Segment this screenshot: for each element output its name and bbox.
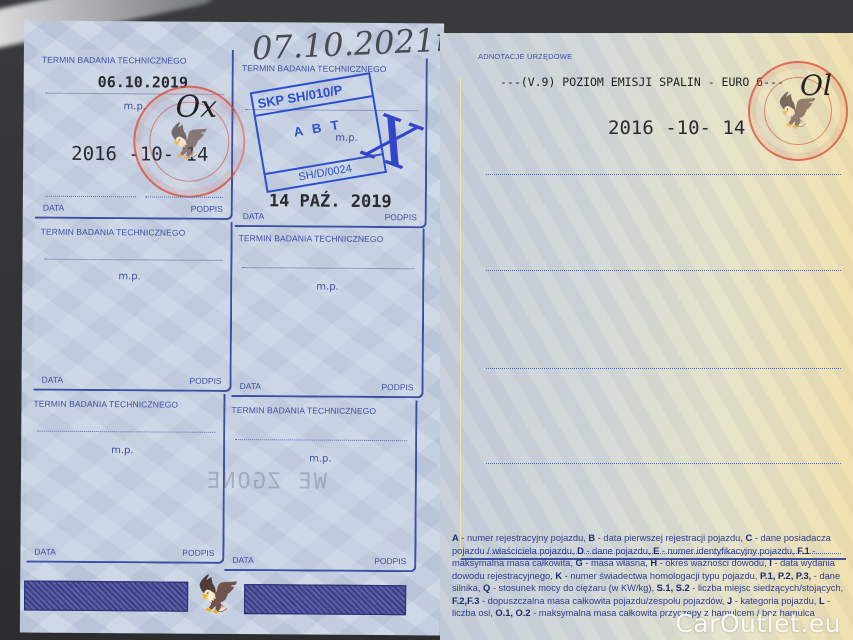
security-ribbon-right [244,584,406,615]
legend-description: - okres ważności dowodu, [657,558,769,568]
box-title: TERMIN BADANIA TECHNICZNEGO [41,227,186,238]
podpis-label: PODPIS [182,548,214,558]
red-official-seal: 🦅 [748,61,848,161]
left-page: TERMIN BADANIA TECHNICZNEGO 06.10.2019 m… [20,21,444,636]
inspection-station-stamp: SKP SH/010/P A B T SH/D/0024 [250,72,387,193]
legend-key: G [575,558,582,568]
box-title: TERMIN BADANIA TECHNICZNEGO [231,405,376,416]
podpis-label: PODPIS [381,382,413,392]
emission-annotation: ---(V.9) POZIOM EMISJI SPALIN - EURO 6--… [500,75,784,89]
polish-eagle-emblem-icon: 🦅 [196,574,241,616]
dotted-line [235,439,407,441]
dotted-line [486,174,841,175]
inspection-box-5: TERMIN BADANIA TECHNICZNEGO m.p. DATA PO… [26,393,225,564]
data-label: DATA [34,547,55,557]
inspection-box-6: TERMIN BADANIA TECHNICZNEGO m.p. WE ZGON… [224,399,417,572]
legend-key: F.1 [797,546,809,556]
field-legend: A - numer rejestracyjny pojazdu, B - dat… [452,532,848,620]
legend-description: - numer identyfikacyjny pojazdu, [659,546,797,556]
box-title: TERMIN BADANIA TECHNICZNEGO [42,55,187,66]
watermark: CarOutlet.eu [675,609,841,638]
dotted-line [486,368,841,369]
mp-label: m.p. [111,445,134,456]
data-label: DATA [42,375,63,385]
annotations-title: ADNOTACJE URZĘDOWE [478,52,572,61]
legend-key: S.1, S.2 [657,583,690,593]
legend-description: - numer świadectwa homologacji typu poja… [562,571,760,581]
dotted-line [486,463,841,464]
legend-description: - kategoria pojazdu, [732,596,819,606]
data-label: DATA [43,203,64,213]
dotted-line [37,431,215,433]
legend-key: P.1, P.2, P.3, [760,571,811,581]
legend-description: - masa własna, [583,558,651,568]
podpis-label: PODPIS [385,212,417,222]
podpis-label: PODPIS [191,204,223,214]
dotted-line [44,259,222,261]
ghost-imprint: WE ZGONE [205,469,327,495]
eagle-icon: 🦅 [168,122,211,162]
data-label: DATA [232,555,253,565]
legend-description: - data pierwszej rejestracji pojazdu, [595,533,745,543]
data-label: DATA [240,381,261,391]
legend-description: - dane pojazdu, [584,546,653,556]
inspection-box-3: TERMIN BADANIA TECHNICZNEGO m.p. DATA PO… [34,221,233,392]
data-label: DATA [243,211,264,221]
inspection-box-2: TERMIN BADANIA TECHNICZNEGO m.p. SKP SH/… [235,57,428,228]
inspection-box-4: TERMIN BADANIA TECHNICZNEGO m.p. DATA PO… [232,227,425,398]
podpis-label: PODPIS [189,376,221,386]
signature: Ox [175,90,217,125]
dotted-line [242,267,414,269]
legend-key: D [577,546,584,556]
mp-label: m.p. [118,271,141,282]
mp-label: m.p. [316,282,339,293]
inspection-stamp-date: 14 PAŹ. 2019 [269,191,392,212]
dotted-line [486,270,841,271]
legend-description: - stosunek mocy do ciężaru (w KW/kg), [490,583,656,593]
legend-description: - numer rejestracyjny pojazdu, [459,533,589,543]
legend-description: - liczba miejsc siedzących/stojących, [690,583,843,593]
box-title: TERMIN BADANIA TECHNICZNEGO [33,399,178,410]
inspection-box-1: TERMIN BADANIA TECHNICZNEGO 06.10.2019 m… [35,49,234,220]
podpis-label: PODPIS [374,556,406,566]
legend-key: A [452,533,459,543]
dotted-line [145,196,223,198]
security-ribbon-left [24,581,188,612]
signature: Ol [800,69,832,102]
annotation-stamp-date: 2016 -10- 14 [608,117,745,139]
box-title: TERMIN BADANIA TECHNICZNEGO [239,233,384,244]
legend-key: F.2,F.3 [452,596,479,606]
legend-description: - dopuszczalna masa całkowita pojazdu/ze… [479,596,727,606]
legend-key: O.1, O.2 [495,608,530,618]
mp-label: m.p. [309,454,332,465]
dotted-line [45,196,136,198]
